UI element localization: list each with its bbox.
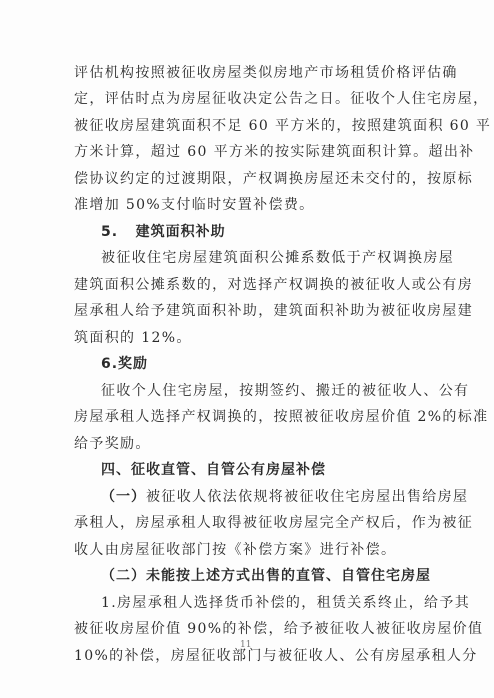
paragraph-line: 1.房屋承租人选择货币补偿的，租赁关系终止，给予其	[101, 593, 416, 613]
paragraph-line: 评估机构按照被征收房屋类似房地产市场租赁价格评估确	[74, 63, 416, 83]
section-heading-6: 6.奖励	[101, 354, 416, 374]
paragraph-line: 承租人，房屋承租人取得被征收房屋完全产权后，作为被征	[74, 513, 416, 533]
paragraph-line: 被征收房屋价值 90%的补偿，给予被征收人被征收房屋价值	[74, 619, 416, 639]
subsection-heading-2: （二）未能按上述方式出售的直管、自管住宅房屋	[101, 566, 416, 586]
paragraph-line: 被征收房屋建筑面积不足 60 平方米的，按照建筑面积 60 平	[74, 116, 416, 136]
paragraph-line: 建筑面积公摊系数的，对选择产权调换的被征收人或公有房	[74, 275, 416, 295]
paragraph-line: 收人由房屋征收部门按《补偿方案》进行补偿。	[74, 540, 416, 560]
paragraph-line: 偿协议约定的过渡期限，产权调换房屋还未交付的，按原标	[74, 169, 416, 189]
paragraph-line: 准增加 50%支付临时安置补偿费。	[74, 195, 416, 215]
paragraph-line: 征收个人住宅房屋，按期签约、搬迁的被征收人、公有	[101, 381, 416, 401]
paragraph-line: 房屋承租人选择产权调换的，按照被征收房屋价值 2%的标准	[74, 407, 416, 427]
page-number: 11	[240, 640, 251, 650]
paragraph-line: 被征收住宅房屋建筑面积公摊系数低于产权调换房屋	[101, 248, 416, 268]
section-heading-4: 四、征收直管、自管公有房屋补偿	[101, 460, 416, 480]
paragraph-line: 给予奖励。	[74, 434, 416, 454]
document-page: 评估机构按照被征收房屋类似房地产市场租赁价格评估确 定，评估时点为房屋征收决定公…	[0, 0, 494, 698]
paragraph-text: 被征收人依法依规将被征收住宅房屋出售给房屋	[146, 489, 468, 505]
subsection-label: （一）	[101, 489, 146, 505]
section-heading-5: 5. 建筑面积补助	[101, 222, 416, 242]
paragraph-line: 筑面积的 12%。	[74, 328, 416, 348]
paragraph-line: 方米计算，超过 60 平方米的按实际建筑面积计算。超出补	[74, 142, 416, 162]
paragraph-line: （一）被征收人依法依规将被征收住宅房屋出售给房屋	[101, 487, 416, 507]
paragraph-line: 定，评估时点为房屋征收决定公告之日。征收个人住宅房屋，	[74, 89, 416, 109]
paragraph-line: 屋承租人给予建筑面积补助，建筑面积补助为被征收房屋建	[74, 301, 416, 321]
